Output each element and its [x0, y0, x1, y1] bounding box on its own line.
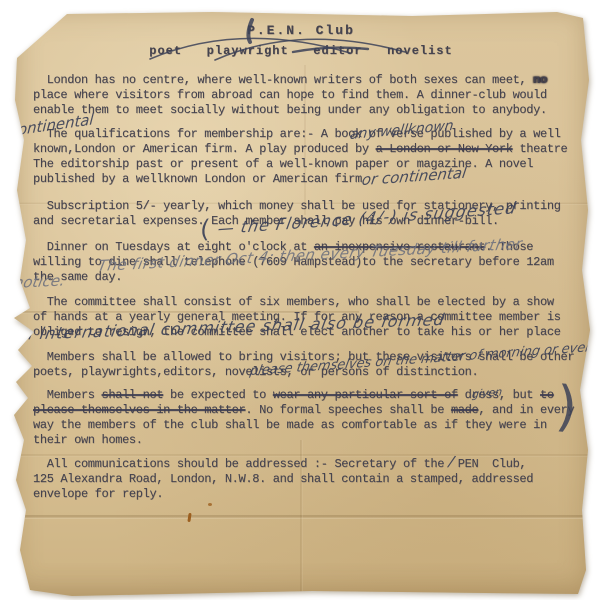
handwritten-margin-brace: )	[554, 374, 579, 438]
paragraph: The qualifications for membership are:- …	[33, 127, 585, 187]
document-title: P.E.N. Club	[12, 23, 590, 38]
paper-sheet: P.E.N. Club poet playwright editor novel…	[12, 10, 590, 596]
fold-line	[12, 515, 590, 519]
paragraph: London has no centre, where well-known w…	[33, 73, 585, 118]
typed-text: London has no centre, where well-known w…	[33, 73, 585, 502]
handwritten-insertion-given: given	[471, 385, 503, 401]
rust-ink-dot	[208, 503, 212, 506]
document-subtitle: poet playwright editor novelist	[12, 44, 590, 58]
handwritten-note-notice: notice.	[12, 271, 66, 292]
paragraph: Members shall not be expected to wear an…	[33, 388, 585, 448]
scanned-document: P.E.N. Club poet playwright editor novel…	[0, 0, 600, 600]
paragraph: All communications should be addressed :…	[33, 457, 585, 502]
rust-ink-mark	[187, 513, 191, 522]
